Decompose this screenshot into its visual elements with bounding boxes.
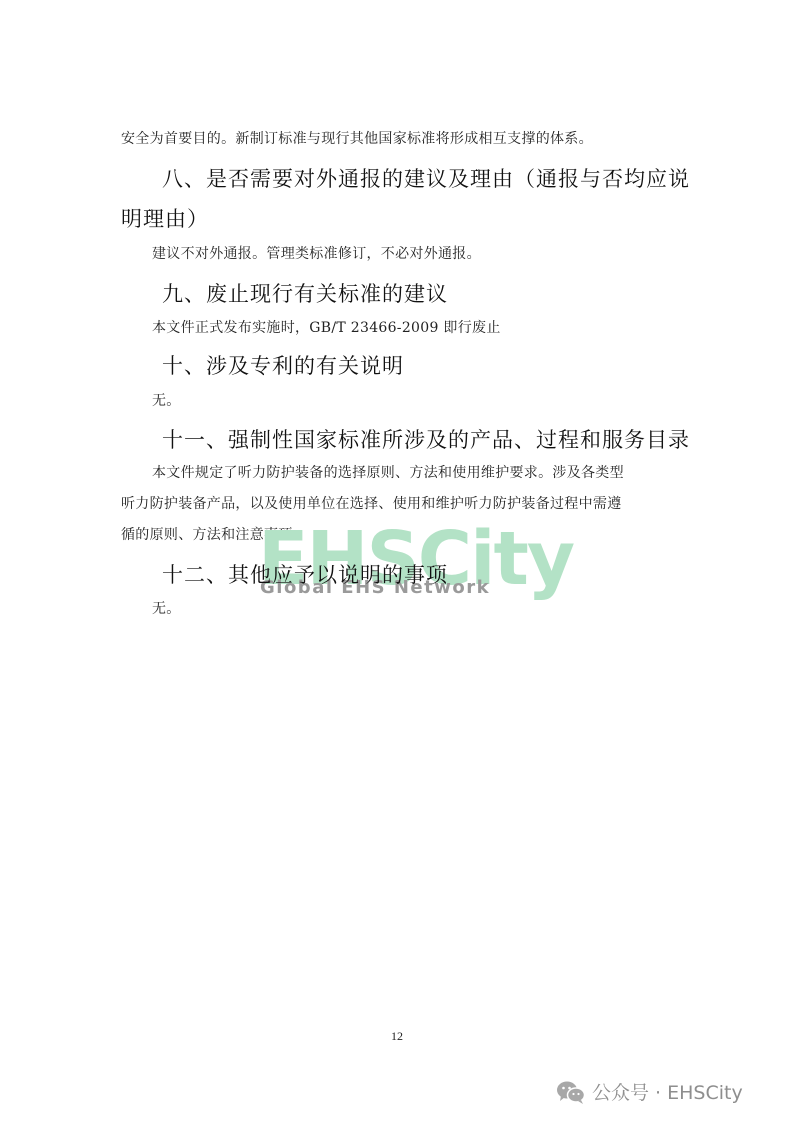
section-9-body: 本文件正式发布实施时，GB/T 23466-2009 即行废止 bbox=[152, 317, 501, 337]
continuation-paragraph: 安全为首要目的。新制订标准与现行其他国家标准将形成相互支撑的体系。 bbox=[121, 128, 593, 148]
section-10-heading: 十、涉及专利的有关说明 bbox=[162, 350, 404, 380]
section-9-heading: 九、废止现行有关标准的建议 bbox=[162, 278, 448, 308]
page-number: 12 bbox=[391, 1029, 403, 1044]
wechat-account-text: 公众号 · EHSCity bbox=[592, 1078, 743, 1105]
section-11-heading: 十一、强制性国家标准所涉及的产品、过程和服务目录 bbox=[162, 424, 690, 454]
wechat-icon bbox=[556, 1080, 586, 1104]
section-12-heading: 十二、其他应予以说明的事项 bbox=[162, 559, 448, 589]
section-11-body-line2: 听力防护装备产品，以及使用单位在选择、使用和维护听力防护装备过程中需遵 bbox=[121, 493, 622, 513]
section-10-body: 无。 bbox=[152, 390, 181, 410]
section-8-heading-line1: 八、是否需要对外通报的建议及理由（通报与否均应说 bbox=[162, 163, 690, 193]
section-8-heading-line2: 明理由） bbox=[121, 203, 209, 233]
section-12-body: 无。 bbox=[152, 598, 181, 618]
wechat-account-label: 公众号 · EHSCity bbox=[556, 1078, 743, 1105]
section-11-body-line1: 本文件规定了听力防护装备的选择原则、方法和使用维护要求。涉及各类型 bbox=[152, 462, 624, 482]
section-8-body: 建议不对外通报。管理类标准修订，不必对外通报。 bbox=[152, 243, 481, 263]
